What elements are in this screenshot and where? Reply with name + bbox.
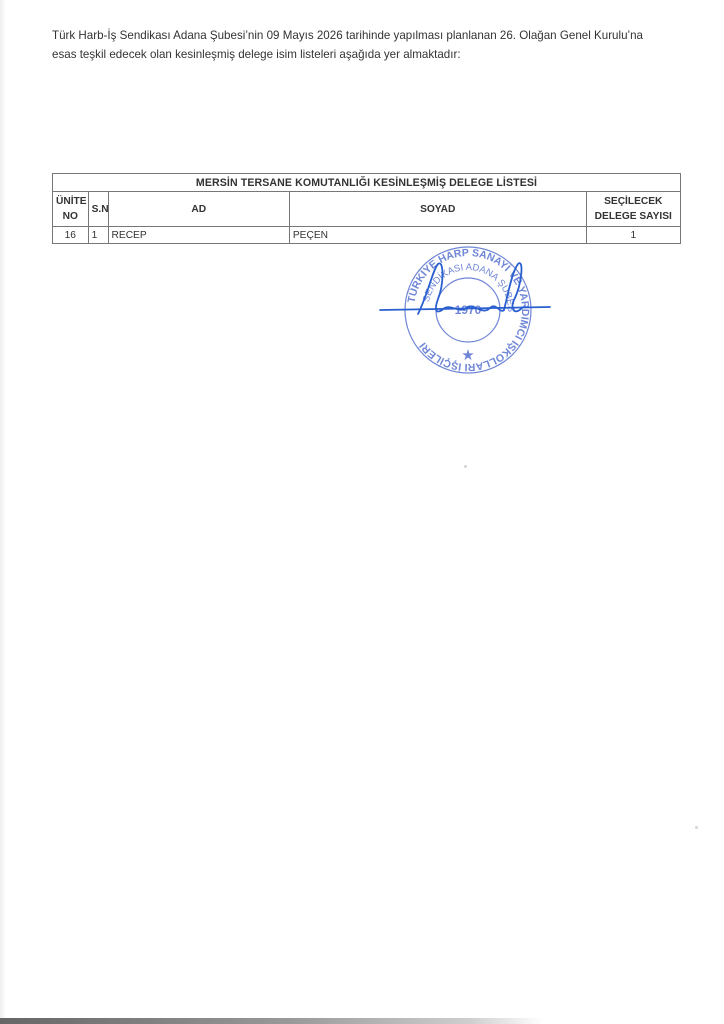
table-title-row: MERSİN TERSANE KOMUTANLIĞI KESİNLEŞMİŞ D…	[53, 174, 681, 192]
intro-paragraph: Türk Harb-İş Sendikası Adana Şubesi’nin …	[52, 26, 692, 64]
header-unite-no-line2: NO	[56, 209, 85, 224]
star-icon: ★	[461, 347, 474, 364]
cell-soyad: PEÇEN	[289, 227, 586, 244]
header-soyad: SOYAD	[289, 192, 586, 227]
cell-ad: RECEP	[108, 227, 289, 244]
scan-speck	[464, 465, 467, 468]
union-stamp: TÜRKİYE HARP SANAYİ VE YARDIMCI İŞKOLLAR…	[378, 244, 558, 376]
stamp-seal-icon: TÜRKİYE HARP SANAYİ VE YARDIMCI İŞKOLLAR…	[378, 244, 558, 376]
header-secilecek-line1: SEÇİLECEK	[590, 194, 677, 209]
intro-line-1: Türk Harb-İş Sendikası Adana Şubesi’nin …	[52, 26, 692, 45]
table-header-row: ÜNİTE NO S.N AD SOYAD SEÇİLECEK DELEGE S…	[53, 192, 681, 227]
scan-left-edge	[0, 0, 6, 1024]
table-title: MERSİN TERSANE KOMUTANLIĞI KESİNLEŞMİŞ D…	[53, 174, 681, 192]
header-secilecek-line2: DELEGE SAYISI	[590, 209, 677, 224]
scan-speck	[695, 826, 698, 829]
header-ad: AD	[108, 192, 289, 227]
cell-secilecek-delege-sayisi: 1	[586, 227, 680, 244]
intro-line-2: esas teşkil edecek olan kesinleşmiş dele…	[52, 45, 692, 64]
header-sn: S.N	[88, 192, 108, 227]
header-secilecek-delege-sayisi: SEÇİLECEK DELEGE SAYISI	[586, 192, 680, 227]
cell-unite-no: 16	[53, 227, 89, 244]
header-unite-no: ÜNİTE NO	[53, 192, 89, 227]
table-row: 16 1 RECEP PEÇEN 1	[53, 227, 681, 244]
scan-bottom-shadow	[0, 1018, 724, 1024]
header-unite-no-line1: ÜNİTE	[56, 194, 85, 209]
cell-sn: 1	[88, 227, 108, 244]
delegate-list-table: MERSİN TERSANE KOMUTANLIĞI KESİNLEŞMİŞ D…	[52, 173, 681, 244]
